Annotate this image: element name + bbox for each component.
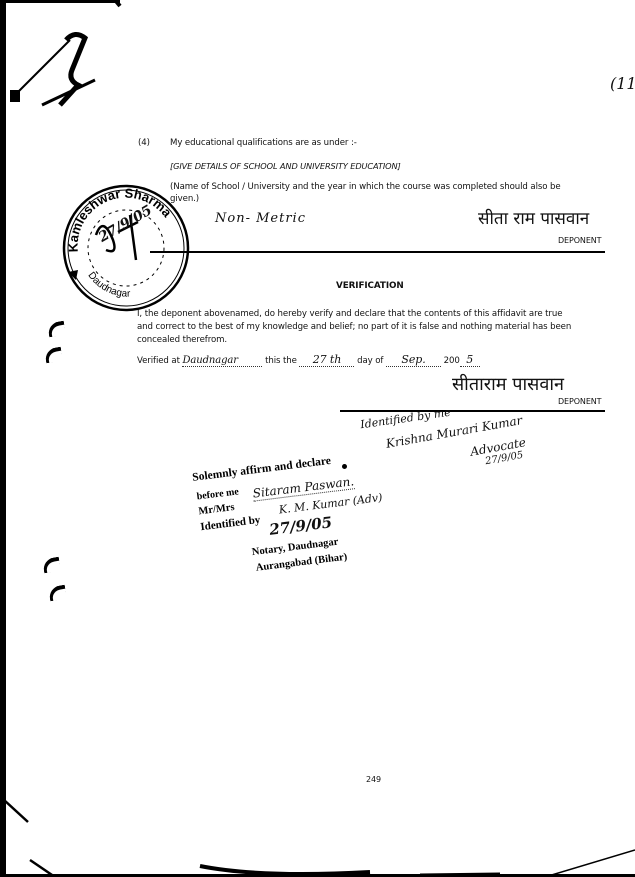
punch-hole-mark [42, 557, 61, 574]
deponent-label: DEPONENT [558, 236, 601, 245]
notary-mr-mrs-label: Mr/Mrs [198, 502, 235, 517]
punch-hole-mark [47, 321, 66, 338]
verification-paragraph: and correct to the best of my knowledge … [137, 322, 571, 332]
verification-paragraph: I, the deponent abovenamed, do hereby ve… [137, 309, 562, 319]
notary-before-me-label: before me [196, 486, 239, 502]
handwritten-qualification: Non- Metric [215, 211, 306, 226]
corner-page-mark: (116 [610, 74, 635, 93]
verified-at-line: Verified at Daudnagar this the 27 th day… [137, 353, 480, 367]
verification-divider [340, 410, 605, 412]
month-value: Sep. [386, 353, 441, 367]
verification-title: VERIFICATION [336, 281, 404, 291]
scan-bottom-artefacts [0, 800, 635, 877]
day-value: 27 th [299, 353, 354, 367]
advocate-round-stamp: Kamleshwar Sharma Daudnagar [58, 180, 193, 315]
section-heading: My educational qualifications are as und… [170, 138, 357, 148]
verified-at-value: Daudnagar [182, 355, 262, 367]
section-instruction: [GIVE DETAILS OF SCHOOL AND UNIVERSITY E… [170, 161, 401, 171]
year-prefix: 200 [444, 356, 460, 366]
verification-deponent-label: DEPONENT [558, 397, 601, 406]
this-the-label: this the [265, 356, 297, 366]
section-note: (Name of School / University and the yea… [170, 182, 561, 192]
section-number: (4) [138, 138, 150, 148]
punch-hole-mark [44, 347, 63, 364]
verification-deponent-signature: सीताराम पासवान [452, 372, 564, 396]
verification-paragraph: concealed therefrom. [137, 335, 227, 345]
notary-stamp: Solemnly affirm and declare before me Mr… [190, 426, 464, 587]
scan-scribble-topleft [0, 0, 140, 140]
deponent-signature: सीता राम पासवान [478, 206, 589, 229]
day-of-label: day of [357, 356, 383, 366]
section-divider [150, 251, 605, 253]
notary-identified-label: Identified by [200, 514, 261, 533]
year-value: 5 [460, 353, 480, 367]
verified-at-label: Verified at [137, 356, 180, 366]
notary-signature: 27/9/05 [268, 513, 333, 539]
punch-hole-mark [48, 585, 67, 602]
page-number: 249 [366, 775, 381, 784]
